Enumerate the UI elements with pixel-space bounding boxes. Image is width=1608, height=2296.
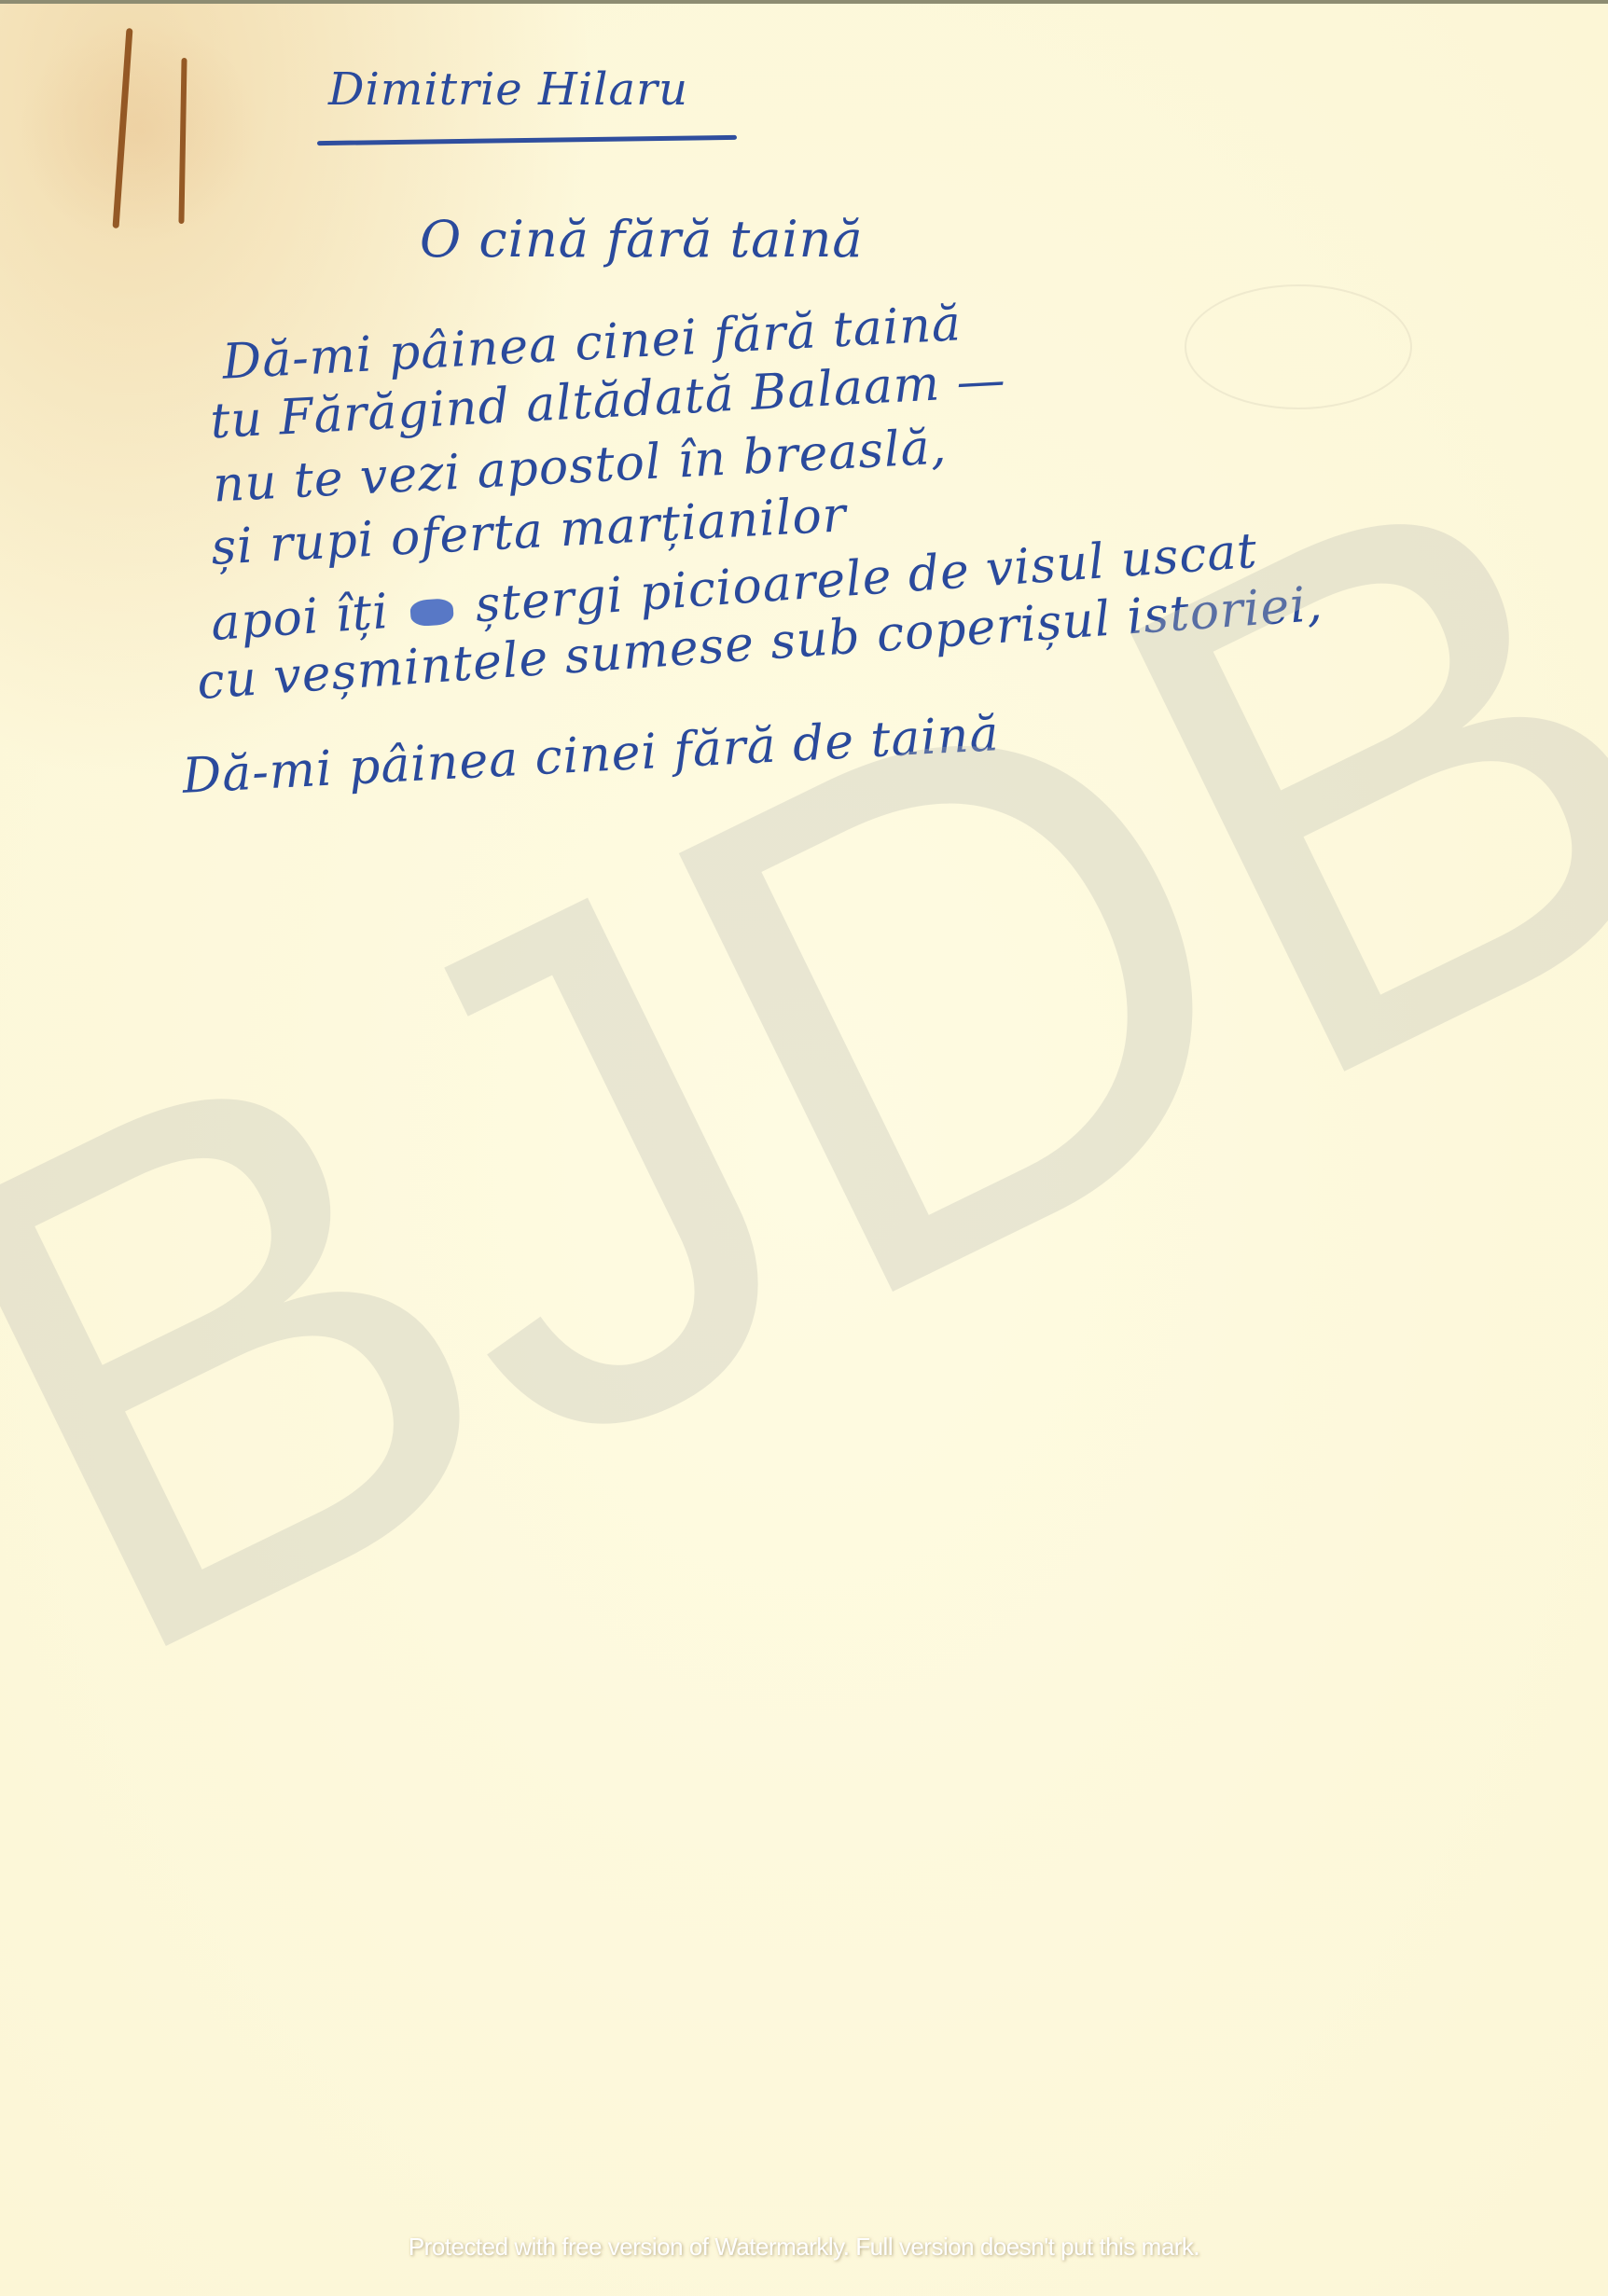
- scan-edge: [0, 0, 1608, 4]
- paper-stain: [19, 19, 261, 242]
- author-underline: [317, 135, 737, 145]
- poem-title: O cină fără taină: [420, 210, 864, 269]
- ink-blot-strikeout: [410, 598, 455, 627]
- author-name: Dimitrie Hilaru: [328, 63, 688, 116]
- watermarkly-notice: Protected with free version of Watermark…: [0, 2233, 1608, 2261]
- poem-line: Dă-mi pâinea cinei fără de taină: [181, 706, 1001, 805]
- faded-stamp: [1185, 284, 1412, 409]
